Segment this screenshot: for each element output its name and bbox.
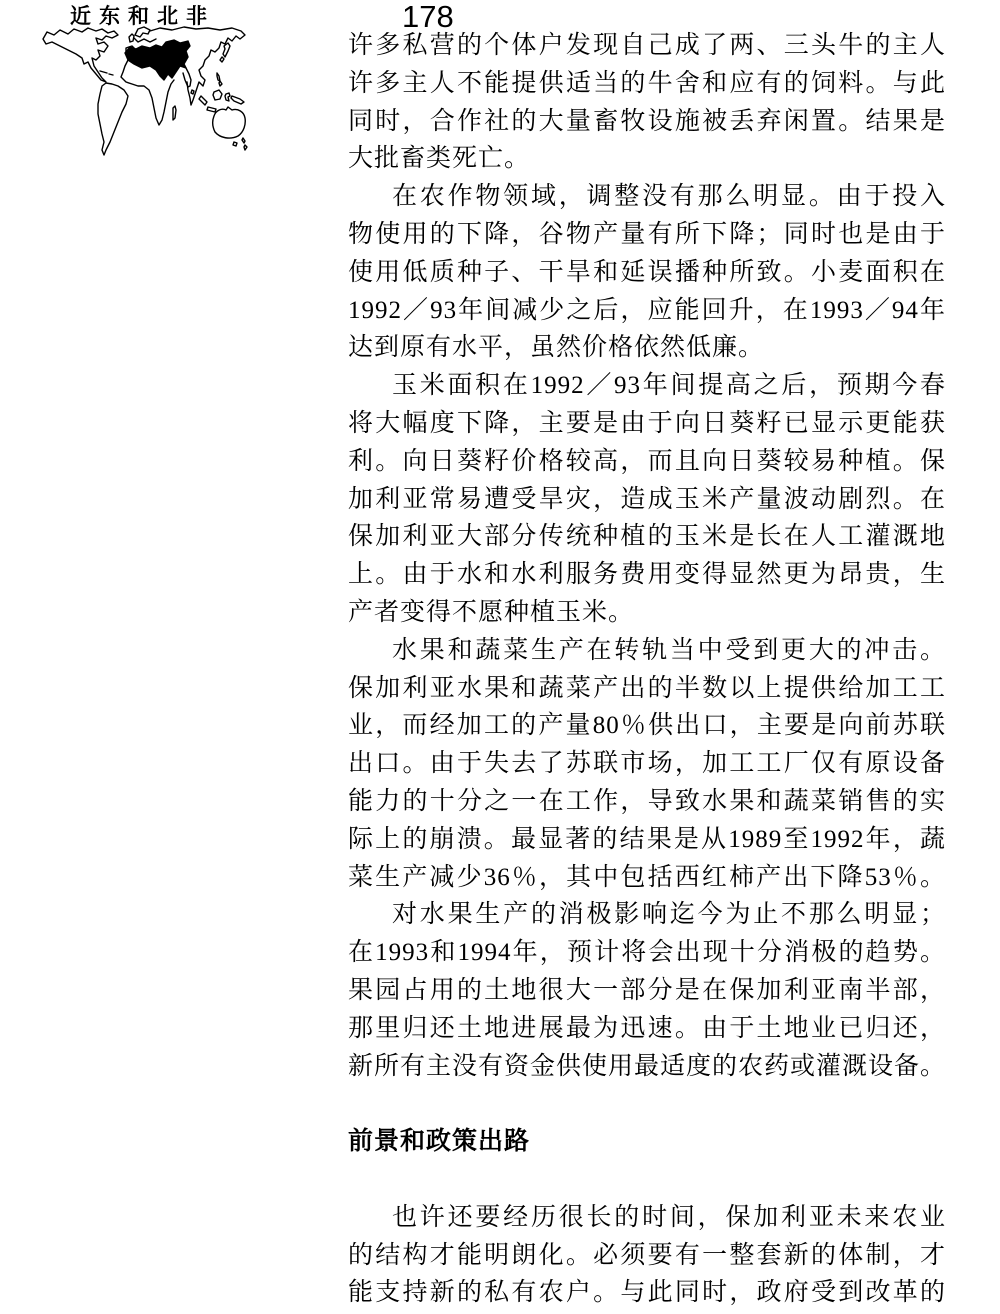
highlight-region-near-east-north-africa — [125, 40, 190, 80]
text-line: 许多私营的个体户发现自己成了两、三头牛的主人 — [348, 27, 946, 65]
text-line: 使用低质种子、干旱和延误播种所致。小麦面积在 — [348, 254, 946, 292]
section-heading: 前景和政策出路 — [348, 1123, 946, 1161]
world-map — [38, 26, 256, 164]
text-line: 1992／93年间减少之后，应能回升，在1993／94年 — [348, 292, 946, 330]
australia-outline — [213, 107, 246, 138]
text-line: 许多主人不能提供适当的牛舍和应有的饲料。与此 — [348, 65, 946, 103]
text-line: 达到原有水平，虽然价格依然低廉。 — [348, 329, 946, 367]
north-america-outline — [43, 28, 118, 82]
text-line: 利。向日葵籽价格较高，而且向日葵较易种植。保 — [348, 443, 946, 481]
text-line: 玉米面积在1992／93年间提高之后，预期今春 — [348, 367, 946, 405]
text-line: 菜生产减少36％，其中包括西红柿产出下降53％。 — [348, 859, 946, 897]
text-line: 加利亚常易遭受旱灾，造成玉米产量波动剧烈。在 — [348, 481, 946, 519]
borneo-island — [213, 90, 222, 100]
text-line: 在1993和1994年，预计将会出现十分消极的趋势。 — [348, 934, 946, 972]
blank-line — [348, 1085, 946, 1123]
scandinavia-outline — [135, 27, 150, 37]
south-america-outline — [98, 83, 128, 155]
text-line: 的结构才能明朗化。必须要有一整套新的体制，才 — [348, 1237, 946, 1275]
caribbean-islands — [100, 71, 113, 75]
sri-lanka — [191, 90, 194, 94]
text-line: 同时，合作社的大量畜牧设施被丢弃闲置。结果是 — [348, 103, 946, 141]
book-page: 近东和北非 178 — [0, 0, 1000, 1314]
text-line: 果园占用的土地很大一部分是在保加利亚南半部， — [348, 972, 946, 1010]
text-line: 际上的崩溃。最显著的结果是从1989至1992年，蔬 — [348, 821, 946, 859]
europe-coast — [134, 38, 156, 42]
new-zealand-islands — [242, 138, 247, 150]
new-guinea-island — [231, 96, 244, 104]
text-line: 水果和蔬菜生产在转轨当中受到更大的冲击。 — [348, 632, 946, 670]
text-line: 上。由于水和水利服务费用变得显然更为昂贵，生 — [348, 556, 946, 594]
blank-line — [348, 1161, 946, 1199]
text-line: 保加利亚水果和蔬菜产出的半数以上提供给加工工 — [348, 670, 946, 708]
philippines-islands — [217, 73, 222, 86]
text-line: 将大幅度下降，主要是由于向日葵籽已显示更能获 — [348, 405, 946, 443]
text-line: 出口。由于失去了苏联市场，加工工厂仅有原设备 — [348, 745, 946, 783]
sumatra-java-islands — [199, 96, 216, 112]
sulawesi-island — [225, 93, 230, 101]
text-line: 那里归还土地进展最为迅速。由于土地业已归还， — [348, 1010, 946, 1048]
text-line: 能支持新的私有农户。与此同时，政府受到改革的 — [348, 1274, 946, 1312]
text-line: 保加利亚大部分传统种植的玉米是长在人工灌溉地 — [348, 518, 946, 556]
text-line: 产者变得不愿种植玉米。 — [348, 594, 946, 632]
tasmania-island — [233, 142, 237, 146]
text-line: 对水果生产的消极影响迄今为止不那么明显； — [348, 896, 946, 934]
text-line: 业，而经加工的产量80％供出口，主要是向前苏联 — [348, 707, 946, 745]
japan-outline — [220, 43, 230, 62]
text-line: 新所有主没有资金供使用最适度的农药或灌溉设备。 — [348, 1048, 946, 1086]
text-line: 大批畜类死亡。 — [348, 140, 946, 178]
british-isles — [129, 34, 134, 42]
world-map-svg — [38, 26, 256, 164]
madagascar-outline — [173, 106, 176, 120]
text-line: 在农作物领域，调整没有那么明显。由于投入 — [348, 178, 946, 216]
text-line: 也许还要经历很长的时间，保加利亚未来农业 — [348, 1199, 946, 1237]
text-line: 能力的十分之一在工作，导致水果和蔬菜销售的实 — [348, 783, 946, 821]
text-line: 物使用的下降，谷物产量有所下降；同时也是由于 — [348, 216, 946, 254]
india-outline — [183, 68, 191, 87]
text-column: 许多私营的个体户发现自己成了两、三头牛的主人许多主人不能提供适当的牛舍和应有的饲… — [348, 27, 946, 1312]
